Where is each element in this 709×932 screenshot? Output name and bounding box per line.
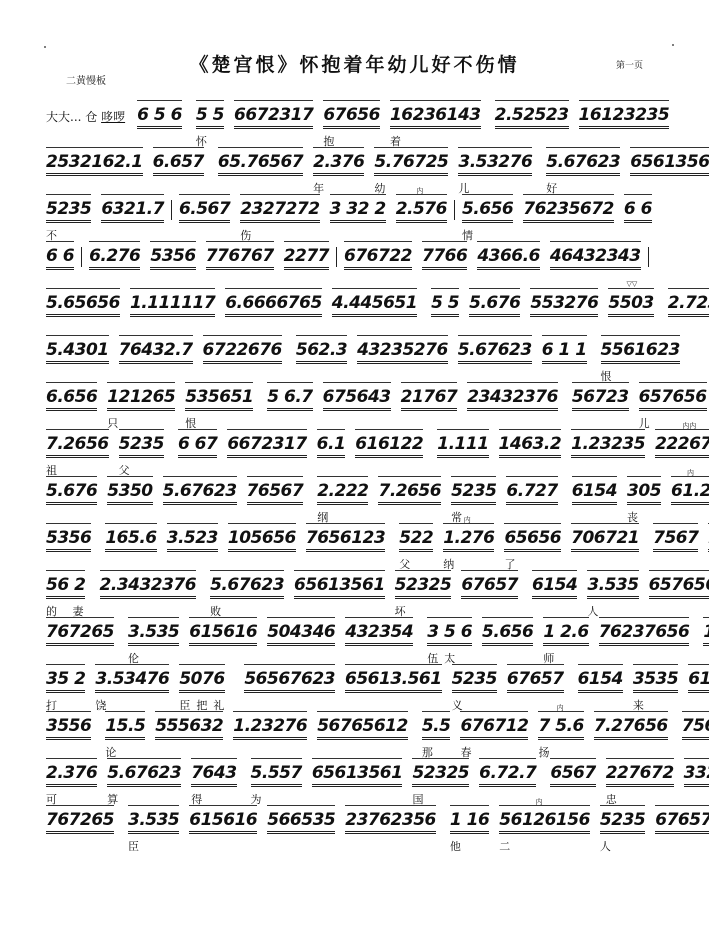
note-sequence: 5.656: [462, 194, 513, 223]
note-group: 222676内内: [655, 429, 709, 475]
ornament-mark: 内: [416, 186, 423, 196]
note-group: 5.67623: [458, 335, 532, 381]
lyric-text: 伤: [240, 227, 257, 240]
note-sequence: 5 6.7: [267, 382, 312, 411]
note-group: 6154: [578, 664, 623, 710]
note-group: 5076臣把礼: [179, 664, 230, 710]
note-sequence: 5503: [608, 288, 653, 317]
note-group: 1.23235: [571, 429, 645, 475]
lyric-text: 算: [107, 791, 124, 804]
note-group: 5.67623: [163, 476, 237, 522]
note-group: 6.276: [89, 241, 140, 287]
note-group: 1.111117: [130, 288, 215, 334]
score-body: 大大... 仓 哆啰6 5 65 5怀667231767656抱16236143…: [46, 100, 666, 852]
note-group: 504346: [267, 617, 335, 663]
note-group: 5.676: [469, 288, 520, 334]
note-group: 1 16他: [450, 805, 489, 851]
note-sequence: 16236143: [390, 100, 481, 129]
ornament-mark: 内: [557, 703, 564, 713]
note-sequence: 56567623: [244, 664, 335, 693]
note-group: 7 5.6内扬: [538, 711, 583, 757]
note-sequence: 52325: [395, 570, 452, 599]
note-sequence: 3.523: [167, 523, 218, 552]
note-group: 6321.7: [101, 194, 164, 240]
note-sequence: 1.276: [443, 523, 494, 552]
note-sequence: 553276: [530, 288, 598, 317]
note-group: 3.535伦: [128, 617, 179, 663]
note-group: 5.557为: [251, 758, 302, 804]
lyric-text: 恨: [185, 415, 202, 428]
note-group: 6.657: [153, 147, 204, 193]
note-sequence: 5.67623: [107, 758, 181, 787]
note-group: 6672317: [227, 429, 306, 475]
note-group: 6672317: [234, 100, 313, 146]
note-group: 61165▽▽: [688, 664, 709, 710]
note-group: 5503▽▽: [608, 288, 653, 334]
note-group: 6 1 1: [542, 335, 587, 381]
barline: [336, 247, 337, 267]
lyric-text: 伦: [128, 650, 145, 663]
page-title: 《楚宫恨》怀抱着年幼儿好不伤情: [0, 50, 709, 77]
note-group: 7766: [422, 241, 467, 287]
note-sequence: 1.23235: [571, 429, 645, 458]
note-sequence: 5.67623: [546, 147, 620, 176]
note-sequence: 5356: [150, 241, 195, 270]
note-group: 676712春: [460, 711, 528, 757]
note-sequence: 5.676: [46, 476, 97, 505]
note-group: 616122: [355, 429, 423, 475]
note-sequence: 46432343: [550, 241, 641, 270]
note-group: 56126156内二: [499, 805, 590, 851]
note-sequence: 7.27656: [594, 711, 668, 740]
note-sequence: 65613561: [294, 570, 385, 599]
note-group: 21767: [401, 382, 458, 428]
note-group: 5235义: [452, 664, 497, 710]
note-group: 56765612: [317, 711, 408, 757]
note-sequence: 504346: [267, 617, 335, 646]
note-sequence: 56126156: [499, 805, 590, 834]
note-group: 6 5 6: [137, 100, 182, 146]
note-group: 2.222纲: [317, 476, 368, 522]
note-group: 5.656: [482, 617, 533, 663]
note-sequence: 555632: [155, 711, 223, 740]
lyric-text: 忠: [606, 791, 623, 804]
note-group: 3535来: [633, 664, 678, 710]
note-group: 76235672: [523, 194, 614, 240]
note-group: 657656儿: [639, 382, 707, 428]
note-sequence: 5356: [46, 523, 91, 552]
lyric-text: 饶: [95, 697, 112, 710]
note-group: 1764: [703, 617, 709, 663]
lyric-text: 只: [107, 415, 124, 428]
lyric-text: 父: [119, 462, 136, 475]
note-group: 7567: [682, 711, 709, 757]
note-sequence: 566535: [267, 805, 335, 834]
note-group: 5 6.7: [267, 382, 312, 428]
note-sequence: 657656: [639, 382, 707, 411]
note-group: 522父: [399, 523, 433, 569]
note-group: 5235不: [46, 194, 91, 240]
lyric-text: 的 妻: [46, 603, 90, 616]
note-sequence: 35 2: [46, 664, 85, 693]
note-sequence: 6321.7: [101, 194, 164, 223]
note-group: 65613.561: [345, 664, 442, 710]
note-sequence: 5.5: [422, 711, 451, 740]
note-group: 6.72.7: [479, 758, 536, 804]
note-group: 3322: [684, 758, 709, 804]
note-sequence: 4.445651: [332, 288, 417, 317]
note-group: 76432.7: [119, 335, 193, 381]
lyric-text: 着: [390, 133, 407, 146]
score-line: 7.2656祖5235父6 6766723176.16161221.111146…: [46, 429, 666, 476]
note-group: 5.67623败: [210, 570, 284, 616]
note-sequence: 7766: [422, 241, 467, 270]
note-group: 5356: [150, 241, 195, 287]
lyric-text: 怀: [196, 133, 213, 146]
note-group: 6154: [532, 570, 577, 616]
note-sequence: 7.2656: [378, 476, 441, 505]
note-group: 1 2.6师: [543, 617, 588, 663]
note-group: 2.376年: [313, 147, 364, 193]
score-line: 5.67653505.67623765672.222纲7.26565235常6.…: [46, 476, 666, 523]
note-group: 16236143着: [390, 100, 481, 146]
intro-text: 大大... 仓 哆啰: [46, 100, 125, 125]
note-sequence: 7567: [682, 711, 709, 740]
lyric-text: 人: [587, 603, 604, 616]
ornament-mark: 内: [464, 515, 471, 525]
note-sequence: 2.52523: [495, 100, 569, 129]
note-sequence: 6.6666765: [225, 288, 322, 317]
note-group: 676722: [344, 241, 412, 287]
note-group: 6722676: [203, 335, 282, 381]
note-sequence: 432354: [345, 617, 413, 646]
note-sequence: 52325: [412, 758, 469, 787]
ornament-mark: 内: [536, 797, 543, 807]
note-group: 105656: [228, 523, 296, 569]
note-sequence: 615616: [189, 617, 257, 646]
note-group: 2327272伤: [240, 194, 319, 240]
note-sequence: 5235: [600, 805, 645, 834]
note-sequence: 3 32 2: [330, 194, 386, 223]
lyric-text: 了: [504, 556, 521, 569]
note-group: 2.576内: [396, 194, 447, 240]
score-line: 56 2的 妻2.34323765.67623败6561356152325坏67…: [46, 570, 666, 617]
note-sequence: 615616: [189, 805, 257, 834]
note-sequence: 65.76567: [218, 147, 303, 176]
note-sequence: 522: [399, 523, 433, 552]
lyric-text: 打: [46, 697, 63, 710]
lyric-text: 伍太: [427, 650, 461, 663]
score-line: 5356165.63.5231056567656123522父1.276内纳65…: [46, 523, 666, 570]
note-sequence: 7 5.6: [538, 711, 583, 740]
note-sequence: 43235276: [357, 335, 448, 364]
note-sequence: 67656: [323, 100, 380, 129]
barline: [454, 200, 455, 220]
note-sequence: 5235: [452, 664, 497, 693]
note-sequence: 3.53476: [95, 664, 169, 693]
lyric-text: 父: [399, 556, 416, 569]
note-group: 3 32 2: [330, 194, 386, 240]
note-group: 65656了: [504, 523, 561, 569]
note-sequence: 121265: [107, 382, 175, 411]
note-sequence: 6 67: [178, 429, 217, 458]
note-group: 76237656: [599, 617, 690, 663]
lyric-text: 师: [543, 650, 560, 663]
note-group: 67656抱: [323, 100, 380, 146]
note-sequence: 5235: [119, 429, 164, 458]
note-group: 6 67: [178, 429, 217, 475]
note-sequence: 6154: [572, 476, 617, 505]
note-sequence: 5235: [46, 194, 91, 223]
barline: [648, 247, 649, 267]
score-line: 6 66.2765356776767227767672277664366.646…: [46, 241, 666, 288]
note-sequence: 6 6: [624, 194, 652, 223]
note-group: 165.6: [105, 523, 156, 569]
note-sequence: 562.3: [296, 335, 347, 364]
note-group: 1.23276: [233, 711, 307, 757]
lyric-text: 好: [546, 180, 563, 193]
note-group: 566535: [267, 805, 335, 851]
note-sequence: 65613561: [312, 758, 403, 787]
note-sequence: 6154: [578, 664, 623, 693]
note-sequence: 67657: [655, 805, 709, 834]
note-sequence: 7567: [653, 523, 698, 552]
note-sequence: 5.76725: [374, 147, 448, 176]
note-sequence: 5.557: [251, 758, 302, 787]
score-line: 5235不6321.76.5672327272伤3 32 22.576内5.65…: [46, 194, 666, 241]
note-group: 65765656: [649, 570, 709, 616]
note-sequence: 6 5 6: [137, 100, 182, 129]
note-sequence: 21767: [401, 382, 458, 411]
intro-vocable: 哆啰: [101, 110, 125, 124]
lyric-text: 他: [450, 838, 467, 851]
note-group: 706721: [571, 523, 639, 569]
note-sequence: 305: [627, 476, 661, 505]
note-sequence: 5.676: [469, 288, 520, 317]
lyric-text: 臣把礼: [179, 697, 230, 710]
note-group: 5.5那: [422, 711, 451, 757]
lyric-text: 情: [462, 227, 479, 240]
note-sequence: 5350: [107, 476, 152, 505]
note-sequence: 2327272: [240, 194, 319, 223]
note-group: 76567: [247, 476, 304, 522]
note-sequence: 767265: [46, 805, 114, 834]
note-group: 65613561: [294, 570, 385, 616]
note-sequence: 7.2656: [46, 429, 109, 458]
note-group: 5561623恨: [601, 335, 680, 381]
ornament-mark: ▽▽: [627, 280, 638, 288]
note-sequence: 2.723: [668, 288, 709, 317]
note-sequence: 1463.2: [499, 429, 562, 458]
note-group: 6 6: [46, 241, 74, 287]
lyric-text: 臣: [128, 838, 145, 851]
note-group: 3.523: [167, 523, 218, 569]
note-group: 52325国: [412, 758, 469, 804]
note-group: 535651恨: [185, 382, 253, 428]
score-line: 2.376可5.67623算7643得5.557为6561356152325国6…: [46, 758, 666, 805]
note-sequence: 2.376: [313, 147, 364, 176]
note-sequence: 1.23276: [233, 711, 307, 740]
note-group: 7567: [653, 523, 698, 569]
note-sequence: 1764: [703, 617, 709, 646]
score-line: 大大... 仓 哆啰6 5 65 5怀667231767656抱16236143…: [46, 100, 666, 147]
note-sequence: 7656123: [306, 523, 385, 552]
note-group: 615616: [189, 617, 257, 663]
note-sequence: 76237656: [599, 617, 690, 646]
note-sequence: 1.111117: [130, 288, 215, 317]
note-sequence: 16123235: [579, 100, 670, 129]
note-sequence: 6.72.7: [479, 758, 536, 787]
note-group: 2.3432376: [100, 570, 197, 616]
lyric-text: 得: [191, 791, 208, 804]
score-line: 355615.5论5556321.23276567656125.5那676712…: [46, 711, 666, 758]
note-group: 5235人: [600, 805, 645, 851]
note-group: 5.656情: [462, 194, 513, 240]
lyric-text: 人: [600, 838, 617, 851]
note-sequence: 5.65656: [46, 288, 120, 317]
note-group: 675643: [323, 382, 391, 428]
note-group: 6.6666765: [225, 288, 322, 334]
note-sequence: 2.3432376: [100, 570, 197, 599]
note-sequence: 767265: [46, 617, 114, 646]
lyric-text: 论: [105, 744, 122, 757]
note-sequence: 676722: [344, 241, 412, 270]
note-sequence: 3535: [633, 664, 678, 693]
note-group: 5235常: [451, 476, 496, 522]
note-sequence: 2532162.1: [46, 147, 143, 176]
note-group: 67657: [461, 570, 518, 616]
note-group: 67657: [655, 805, 709, 851]
lyric-text: 二: [499, 838, 516, 851]
page-corner-dot-left: [44, 46, 46, 48]
ornament-mark: 内: [687, 468, 694, 478]
note-group: 52325坏: [395, 570, 452, 616]
note-group: 767265: [46, 805, 114, 851]
lyric-text: 为: [251, 791, 268, 804]
lyric-text: 不: [46, 227, 63, 240]
note-group: 7643得: [191, 758, 236, 804]
note-group: 7.2656祖: [46, 429, 109, 475]
note-group: 5.676: [46, 476, 97, 522]
note-group: 61.2内: [671, 476, 709, 522]
note-sequence: 76567: [247, 476, 304, 505]
note-group: 65613561: [630, 147, 709, 193]
note-sequence: 61165: [688, 664, 709, 693]
note-sequence: 3.535: [128, 805, 179, 834]
lyric-text: 恨: [601, 368, 618, 381]
score-line: 5.656561.1111176.66667654.4456515 55.676…: [46, 288, 666, 335]
note-group: 6.727: [506, 476, 557, 522]
note-sequence: 56723: [572, 382, 629, 411]
note-group: 56567623: [244, 664, 335, 710]
note-sequence: 535651: [185, 382, 253, 411]
note-sequence: 5 5: [431, 288, 459, 317]
note-sequence: 6.276: [89, 241, 140, 270]
note-group: 5235父: [119, 429, 164, 475]
note-group: 5356: [46, 523, 91, 569]
note-sequence: 2.576: [396, 194, 447, 223]
note-group: 4.445651: [332, 288, 417, 334]
note-group: 615616: [189, 805, 257, 851]
note-sequence: 227672: [606, 758, 674, 787]
note-sequence: 6.657: [153, 147, 204, 176]
note-sequence: 23432376: [467, 382, 558, 411]
note-group: 3.53276儿: [458, 147, 532, 193]
note-group: 7.27656: [594, 711, 668, 757]
note-group: 5.67623好: [546, 147, 620, 193]
note-group: 553276: [530, 288, 598, 334]
note-sequence: 67657: [461, 570, 518, 599]
note-sequence: 6672317: [227, 429, 306, 458]
note-sequence: 5.67623: [163, 476, 237, 505]
note-sequence: 76432.7: [119, 335, 193, 364]
lyric-text: 国: [412, 791, 429, 804]
note-group: 5.67623算: [107, 758, 181, 804]
note-sequence: 675643: [323, 382, 391, 411]
note-group: 6.656: [46, 382, 97, 428]
note-group: 2.376可: [46, 758, 97, 804]
note-sequence: 5235: [451, 476, 496, 505]
note-sequence: 5076: [179, 664, 224, 693]
note-sequence: 105656: [228, 523, 296, 552]
note-group: 1463.2: [499, 429, 562, 475]
note-sequence: 65765656: [649, 570, 709, 599]
note-group: 67657: [507, 664, 564, 710]
note-sequence: 5.656: [482, 617, 533, 646]
note-group: 1.276内纳: [443, 523, 494, 569]
note-sequence: 6154: [532, 570, 577, 599]
note-group: 65613561: [312, 758, 403, 804]
note-sequence: 6 1 1: [542, 335, 587, 364]
note-group: 6567: [550, 758, 595, 804]
note-group: 35 2打: [46, 664, 85, 710]
lyric-text: 抱: [323, 133, 340, 146]
score-line: 6.656121265只535651恨5 6.76756432176723432…: [46, 382, 666, 429]
note-group: 3556: [46, 711, 91, 757]
note-sequence: 165.6: [105, 523, 156, 552]
page-corner-dot-right: [672, 44, 674, 46]
note-sequence: 56 2: [46, 570, 85, 599]
note-sequence: 1 16: [450, 805, 489, 834]
note-group: 2277: [284, 241, 329, 287]
note-sequence: 5561623: [601, 335, 680, 364]
note-group: 7656123: [306, 523, 385, 569]
note-sequence: 15.5: [105, 711, 145, 740]
note-group: 56 2的 妻: [46, 570, 90, 616]
note-sequence: 6.656: [46, 382, 97, 411]
note-group: 4366.6: [477, 241, 540, 287]
note-sequence: 222676: [655, 429, 709, 458]
note-group: 227672忠: [606, 758, 674, 804]
intro-percussion: 大大... 仓: [46, 110, 101, 124]
lyric-text: 义: [452, 697, 469, 710]
note-group: 3.53476饶: [95, 664, 169, 710]
lyric-text: 坏: [395, 603, 412, 616]
note-sequence: 3.535: [587, 570, 638, 599]
barline: [81, 247, 82, 267]
note-sequence: 3.535: [128, 617, 179, 646]
tempo-label: 二黄慢板: [66, 72, 106, 87]
lyric-text: 春: [460, 744, 477, 757]
note-group: 767265: [46, 617, 114, 663]
note-group: 5.65656: [46, 288, 120, 334]
note-group: 65.76567: [218, 147, 303, 193]
note-sequence: 76235672: [523, 194, 614, 223]
note-group: 2.52523: [495, 100, 569, 146]
note-sequence: 2.376: [46, 758, 97, 787]
note-sequence: 1 2.6: [543, 617, 588, 646]
note-group: 15.5论: [105, 711, 145, 757]
